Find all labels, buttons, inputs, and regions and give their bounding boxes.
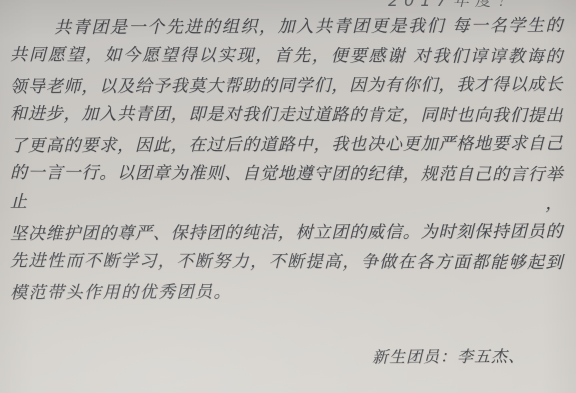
handwriting-line: 共同愿望，如今愿望得以实现，首先，便要感谢 对我们谆谆教诲的: [10, 41, 563, 72]
handwriting-line: 模范带头作用的优秀团员。: [10, 276, 563, 308]
signature-line: 新生团员：李五杰、: [372, 343, 525, 367]
handwriting-line: 了更高的要求，因此，在过后的道路中，我也决心更加严格地要求自己: [10, 129, 563, 161]
handwriting-line: 坚决维护团的尊严、保持团的纯洁，树立团的威信。为时刻保持团员的: [10, 218, 563, 250]
paper-sheet: 2017年度！ 共青团是一个先进的组织，加入共青团更是我们 每一名学生的 共同愿…: [0, 0, 576, 393]
letter-body: 共青团是一个先进的组织，加入共青团更是我们 每一名学生的 共同愿望，如今愿望得以…: [10, 13, 563, 307]
clipped-header-line: 2017年度！: [388, 0, 553, 7]
handwriting-line: 的一言一行。以团章为准则、自觉地遵守团的纪律，规范自己的言行举止，: [10, 159, 563, 220]
handwriting-line: 领导老师，以及给予我莫大帮助的同学们，因为有你们，我才得以成长: [10, 71, 563, 103]
clipped-header-text: 2017年度！: [388, 0, 553, 7]
handwriting-line: 共青团是一个先进的组织，加入共青团更是我们 每一名学生的: [10, 12, 563, 44]
handwriting-line: 先进性而不断学习，不断努力，不断提高，争做在各方面都能够起到: [10, 247, 563, 278]
handwriting-line: 和进步，加入共青团，即是对我们走过道路的肯定，同时也向我们提出: [10, 100, 563, 131]
